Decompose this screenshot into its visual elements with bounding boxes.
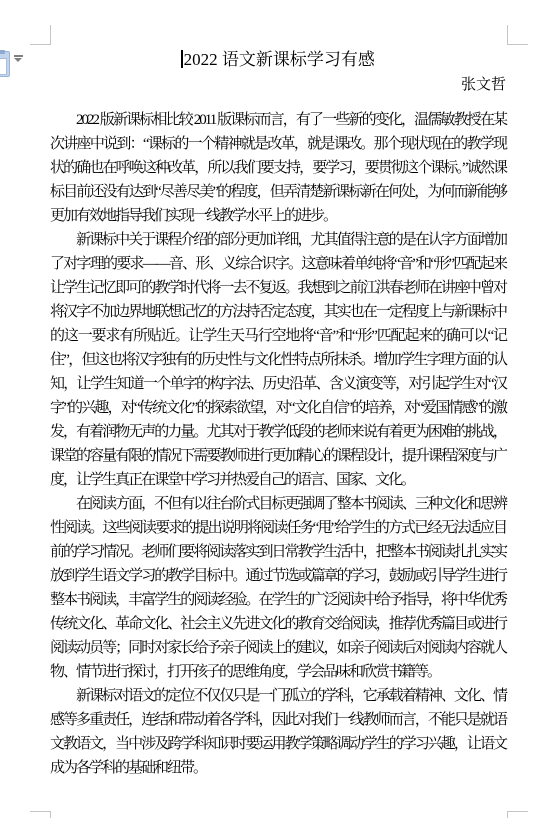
author-name[interactable]: 张文哲 (50, 74, 506, 96)
paragraph[interactable]: 2022 版新课标相比较 2011 版课标而言，有了一些新的变化，温儒敏教授在某… (50, 108, 506, 228)
document-body[interactable]: 2022 版新课标相比较 2011 版课标而言，有了一些新的变化，温儒敏教授在某… (50, 108, 506, 780)
document-page: { "page": { "title": "2022 语文新课标学习有感", "… (0, 0, 534, 818)
text-cursor (181, 50, 183, 68)
text-boundary-mark-bottom-right (507, 811, 528, 818)
page-title[interactable]: 2022 语文新课标学习有感 (50, 46, 506, 74)
document-text-area[interactable]: 2022 语文新课标学习有感 张文哲 2022 版新课标相比较 2011 版课标… (50, 44, 506, 780)
text-boundary-mark-top-right (507, 25, 528, 45)
paste-options-button[interactable] (0, 49, 24, 77)
text-boundary-mark-bottom-left (30, 811, 51, 818)
text-boundary-mark-top-left (30, 25, 51, 45)
page-title-text: 2022 语文新课标学习有感 (184, 50, 375, 69)
clipboard-paste-icon (0, 51, 10, 77)
chevron-down-icon (14, 55, 23, 62)
paragraph[interactable]: 新课标对语文的定位不仅仅只是一门孤立的学科，它承载着精神、文化、情感等多重责任，… (50, 684, 506, 780)
paragraph[interactable]: 新课标中关于课程介绍的部分更加详细，尤其值得注意的是在认字方面增加了对字理的要求… (50, 228, 506, 492)
paragraph[interactable]: 在阅读方面，不但有以往台阶式目标更强调了整本书阅读、三种文化和思辨性阅读。这些阅… (50, 492, 506, 684)
